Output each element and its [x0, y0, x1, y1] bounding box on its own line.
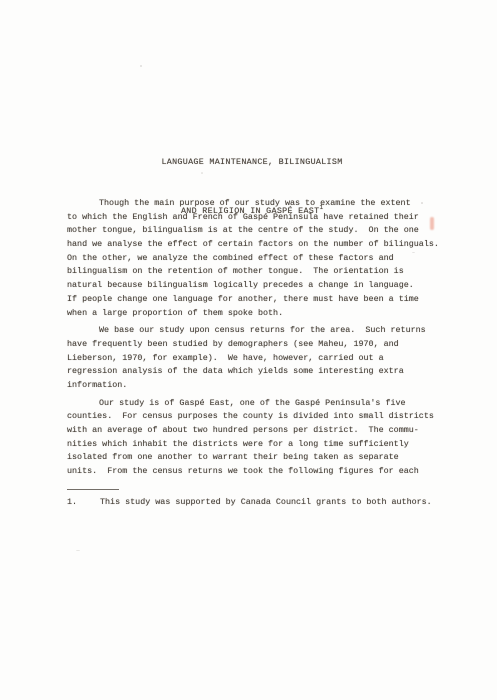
paragraph: Though the main purpose of our study was… — [67, 197, 447, 320]
body-text: Though the main purpose of our study was… — [67, 197, 447, 483]
scan-speck — [421, 202, 423, 204]
paragraph: Our study is of Gaspé East, one of the G… — [67, 397, 447, 479]
paragraph: We base our study upon census returns fo… — [67, 324, 447, 392]
text-line: Lieberson, 1970, for example). We have, … — [67, 352, 447, 366]
text-line: with an average of about two hundred per… — [67, 424, 447, 438]
text-line: regression analysis of the data which yi… — [67, 365, 447, 379]
text-line: Though the main purpose of our study was… — [67, 197, 447, 211]
text-line: natural because bilingualism logically p… — [67, 279, 447, 293]
text-line: We base our study upon census returns fo… — [67, 324, 447, 338]
text-line: units. From the census returns we took t… — [67, 465, 447, 479]
text-line: On the other, we analyze the combined ef… — [67, 252, 447, 266]
title-line-1: LANGUAGE MAINTENANCE, BILINGUALISM — [67, 155, 437, 170]
text-line: information. — [67, 379, 447, 393]
scan-speck — [412, 252, 415, 253]
scan-speck — [76, 550, 80, 551]
text-line: mother tongue, bilingualism is at the ce… — [67, 224, 447, 238]
text-line: bilingualism on the retention of mother … — [67, 265, 447, 279]
text-line: Our study is of Gaspé East, one of the G… — [67, 397, 447, 411]
footnote-number: 1. — [67, 496, 100, 510]
footnote-text: This study was supported by Canada Counc… — [100, 496, 432, 510]
scan-speck — [140, 65, 142, 67]
text-line: to which the English and French of Gaspé… — [67, 211, 447, 225]
footnote: 1.This study was supported by Canada Cou… — [67, 496, 447, 510]
scan-speck — [201, 172, 203, 174]
red-pencil-mark — [430, 217, 434, 230]
text-line: isolated from one another to warrant the… — [67, 451, 447, 465]
text-line: hand we analyse the effect of certain fa… — [67, 238, 447, 252]
text-line: counties. For census purposes the county… — [67, 410, 447, 424]
text-line: nities which inhabit the districts were … — [67, 438, 447, 452]
text-line: when a large proportion of them spoke bo… — [67, 307, 447, 321]
footnote-rule — [67, 489, 119, 490]
document-page: LANGUAGE MAINTENANCE, BILINGUALISM AND R… — [0, 0, 497, 700]
text-line: have frequently been studied by demograp… — [67, 338, 447, 352]
text-line: If people change one language for anothe… — [67, 293, 447, 307]
